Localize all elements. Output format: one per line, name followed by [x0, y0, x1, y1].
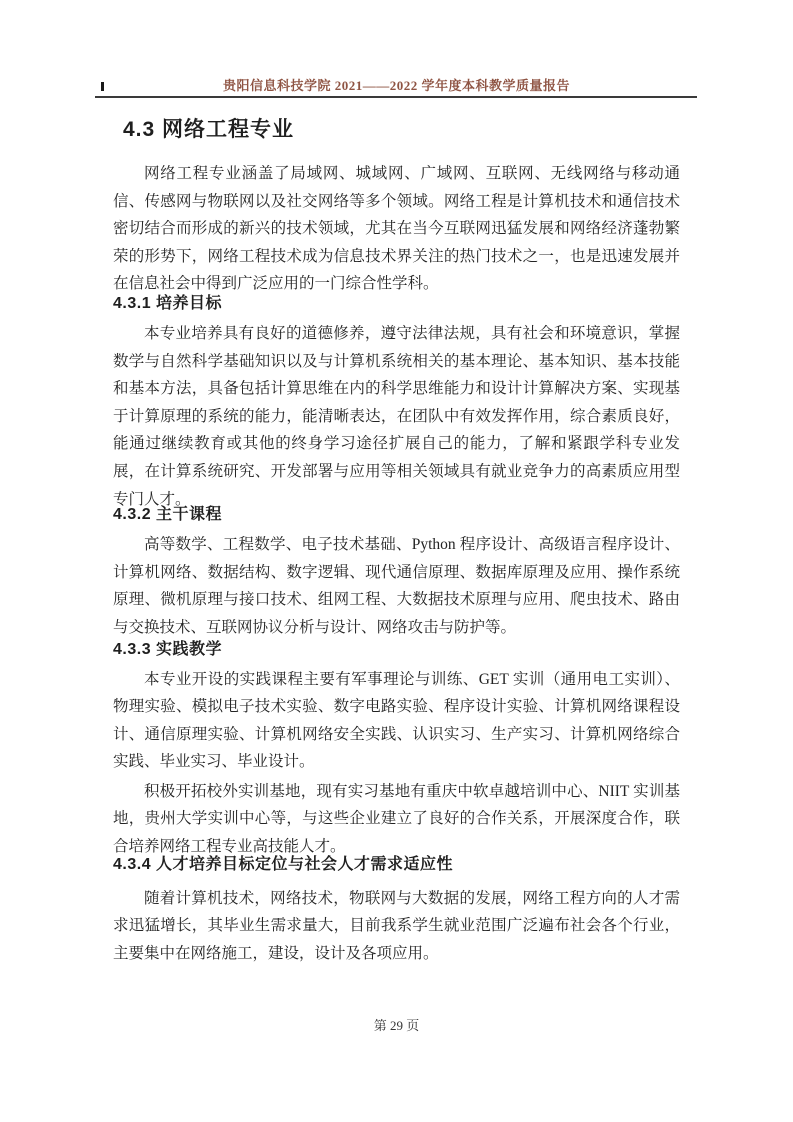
heading-4-3-4: 4.3.4 人才培养目标定位与社会人才需求适应性	[113, 855, 680, 875]
heading-4-3-3: 4.3.3 实践教学	[113, 640, 680, 660]
paragraph-core-courses: 高等数学、工程数学、电子技术基础、Python 程序设计、高级语言程序设计、计算…	[113, 531, 680, 641]
section-title: 4.3 网络工程专业	[123, 117, 680, 143]
page-header: 贵阳信息科技学院 2021——2022 学年度本科教学质量报告	[0, 0, 793, 94]
heading-4-3-2: 4.3.2 主干课程	[113, 505, 680, 525]
paragraph-training-bases: 积极开拓校外实训基地，现有实习基地有重庆中软卓越培训中心、NIIT 实训基地，贵…	[113, 778, 680, 861]
paragraph-practical-courses: 本专业开设的实践课程主要有军事理论与训练、GET 实训（通用电工实训）、物理实验…	[113, 666, 680, 776]
page-footer: 第 29 页	[0, 1018, 793, 1034]
header-title: 贵阳信息科技学院 2021——2022 学年度本科教学质量报告	[223, 78, 570, 93]
paragraph-training-objectives: 本专业培养具有良好的道德修养，遵守法律法规，具有社会和环境意识，掌握数学与自然科…	[113, 320, 680, 513]
scan-artifact	[101, 82, 104, 91]
page-number: 第 29 页	[374, 1018, 420, 1033]
intro-paragraph: 网络工程专业涵盖了局域网、城域网、广域网、互联网、无线网络与移动通信、传感网与物…	[113, 160, 680, 298]
document-page: 贵阳信息科技学院 2021——2022 学年度本科教学质量报告 4.3 网络工程…	[0, 0, 793, 1122]
paragraph-talent-demand: 随着计算机技术，网络技术，物联网与大数据的发展，网络工程方向的人才需求迅猛增长，…	[113, 885, 680, 968]
header-rule	[95, 96, 697, 98]
document-body: 4.3 网络工程专业 网络工程专业涵盖了局域网、城域网、广域网、互联网、无线网络…	[0, 117, 793, 967]
